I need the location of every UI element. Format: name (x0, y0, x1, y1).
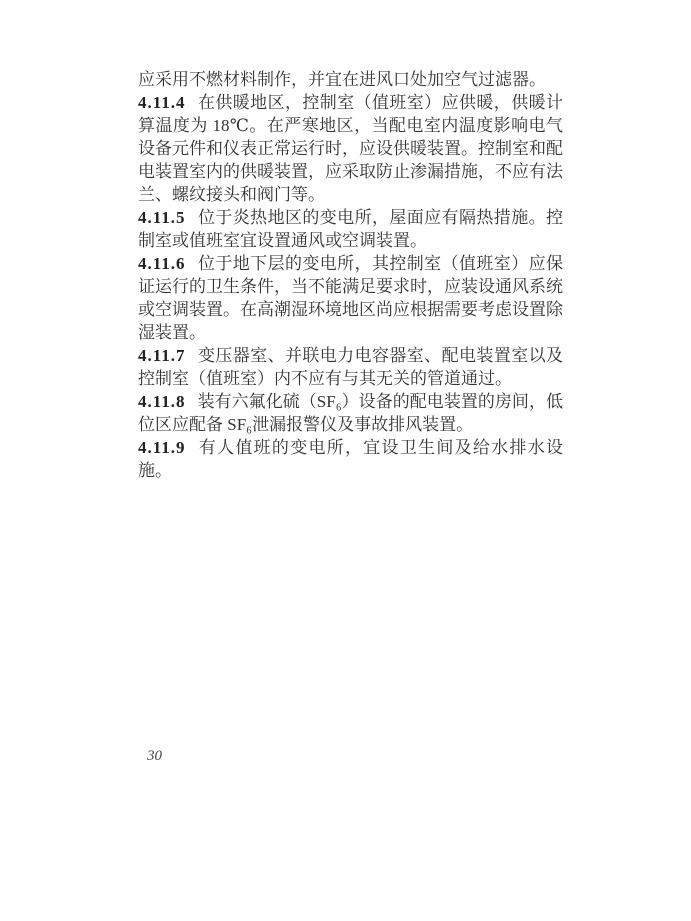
clause-number: 4.11.5 (138, 208, 186, 227)
clause-number: 4.11.7 (138, 346, 186, 365)
page-number: 30 (147, 748, 162, 765)
clause-text: 在供暖地区，控制室（值班室）应供暖，供暖计算温度为 18℃。在严寒地区，当配电室… (138, 93, 563, 204)
clause-text: 应采用不燃材料制作，并宜在进风口处加空气过滤器。 (138, 70, 546, 89)
clause-continuation: 应采用不燃材料制作，并宜在进风口处加空气过滤器。 (138, 68, 563, 91)
clause-4-11-4: 4.11.4在供暖地区，控制室（值班室）应供暖，供暖计算温度为 18℃。在严寒地… (138, 91, 563, 206)
clause-number: 4.11.8 (138, 392, 186, 411)
clause-number: 4.11.9 (138, 438, 186, 457)
clause-4-11-5: 4.11.5位于炎热地区的变电所，屋面应有隔热措施。控制室或值班室宜设置通风或空… (138, 206, 563, 252)
document-page: 应采用不燃材料制作，并宜在进风口处加空气过滤器。 4.11.4在供暖地区，控制室… (0, 0, 691, 921)
clause-4-11-6: 4.11.6位于地下层的变电所，其控制室（值班室）应保证运行的卫生条件，当不能满… (138, 252, 563, 344)
clause-text: 位于炎热地区的变电所，屋面应有隔热措施。控制室或值班室宜设置通风或空调装置。 (138, 208, 563, 250)
clause-text: 位于地下层的变电所，其控制室（值班室）应保证运行的卫生条件，当不能满足要求时，应… (138, 254, 563, 342)
clause-4-11-8: 4.11.8装有六氟化硫（SF₆）设备的配电装置的房间，低位区应配备 SF₆泄漏… (138, 390, 563, 436)
clause-number: 4.11.6 (138, 254, 186, 273)
clause-text: 变压器室、并联电力电容器室、配电装置室以及控制室（值班室）内不应有与其无关的管道… (138, 346, 563, 388)
text-block: 应采用不燃材料制作，并宜在进风口处加空气过滤器。 4.11.4在供暖地区，控制室… (138, 68, 563, 482)
clause-text: 有人值班的变电所，宜设卫生间及给水排水设施。 (138, 438, 563, 480)
clause-4-11-7: 4.11.7变压器室、并联电力电容器室、配电装置室以及控制室（值班室）内不应有与… (138, 344, 563, 390)
clause-number: 4.11.4 (138, 93, 186, 112)
clause-text: 装有六氟化硫（SF₆）设备的配电装置的房间，低位区应配备 SF₆泄漏报警仪及事故… (138, 392, 563, 434)
clause-4-11-9: 4.11.9有人值班的变电所，宜设卫生间及给水排水设施。 (138, 436, 563, 482)
